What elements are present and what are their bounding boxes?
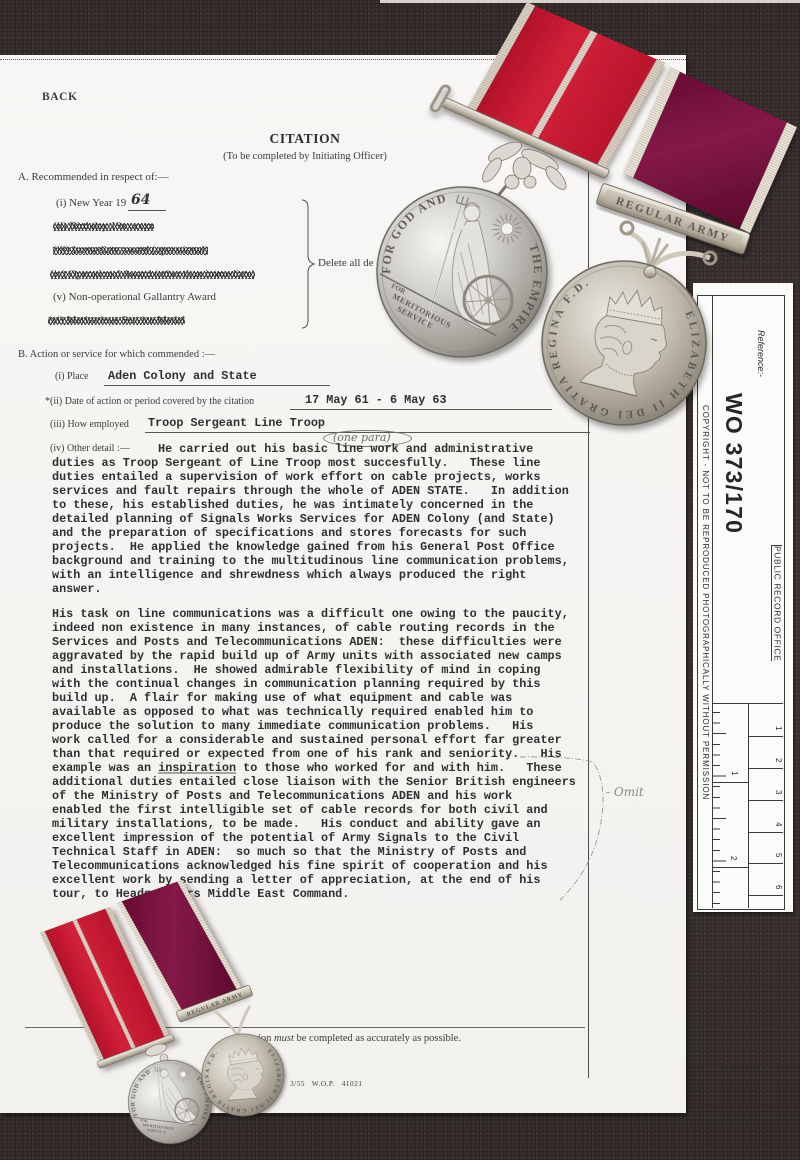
pencil-markings [0,55,686,1113]
cm-line [748,768,783,769]
citation-form: BACK CITATION (To be completed by Initia… [0,55,686,1113]
photo-scan: BACK CITATION (To be completed by Initia… [0,0,800,1160]
cm-label: 2 [774,758,782,762]
cm-line [748,832,783,833]
cm-label: 6 [774,885,782,889]
inch-line-2 [712,867,748,868]
cm-line [748,800,783,801]
copyright-notice: COPYRIGHT - NOT TO BE REPRODUCED PHOTOGR… [701,405,709,800]
footer-note-lead: ion [258,1033,274,1044]
handwritten-omit: - Omit [606,786,644,798]
reference-label: Reference:- [756,330,765,377]
cm-label: 1 [774,726,782,730]
cm-line [748,736,783,737]
paper-edge-strip [380,0,800,3]
inch-label: 1 [730,771,738,775]
cm-label: 4 [774,822,782,826]
cm-line [748,863,783,864]
inch-line-1 [712,782,748,783]
cm-label: 3 [774,790,782,794]
omit-bracket [520,757,603,900]
cm-line [748,895,783,896]
cm-label: 5 [774,853,782,857]
form-code: 3/55 W.O.P. 41021 [290,1080,362,1088]
footer-rule [25,1027,585,1028]
ruler-divider [748,703,749,908]
footer-note: ion must be completed as accurately as p… [258,1034,461,1045]
ruler-half-ticks [713,733,726,903]
footer-note-emphasis: must [274,1033,294,1044]
record-office-label: PUBLIC RECORD OFFICE [771,545,782,661]
inch-label: 2 [729,856,737,860]
reference-number: WO 373/170 [722,393,745,534]
reference-card: Reference:- WO 373/170 COPYRIGHT - NOT T… [693,283,793,912]
footer-note-rest: be completed as accurately as possible. [294,1033,461,1044]
